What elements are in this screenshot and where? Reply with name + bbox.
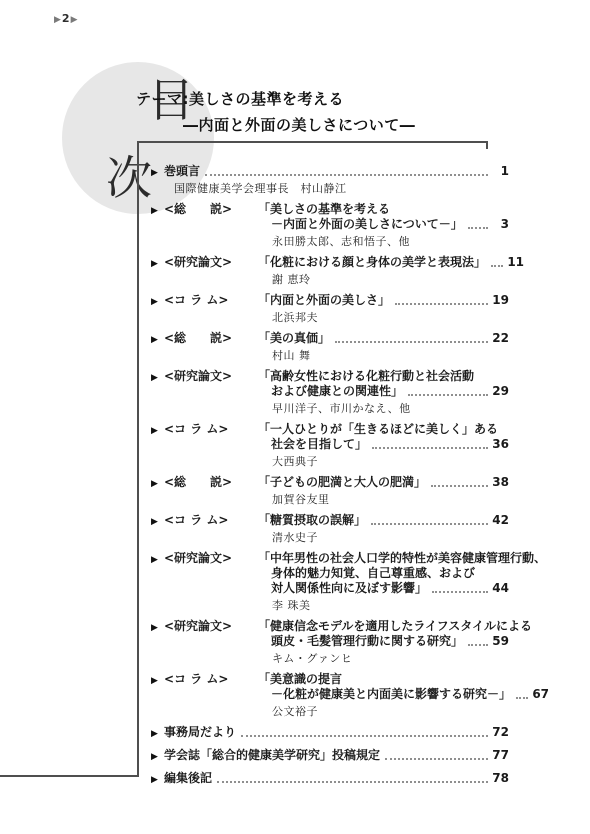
toc-entry: ▶<コ ラ ム>「一人ひとりが「生きるほどに美しく」ある社会を目指して」36大西…	[151, 422, 509, 469]
entry-page-number: 59	[491, 634, 509, 649]
entry-title-text: 社会を目指して」	[258, 437, 367, 452]
entry-title-line: 「内面と外面の美しさ」19	[258, 293, 509, 308]
entry-title-text: 巻頭言	[164, 164, 200, 179]
leader-dots	[385, 758, 488, 760]
bullet-triangle-icon: ▶	[151, 475, 164, 492]
bullet-triangle-icon: ▶	[151, 619, 164, 636]
leader-dots	[371, 523, 488, 525]
entry-title-text: 「美しさの基準を考える	[258, 202, 390, 217]
bullet-triangle-icon: ▶	[151, 293, 164, 310]
issue-theme-line1: テーマ:美しさの基準を考える	[136, 88, 415, 109]
entry-page-number: 77	[491, 748, 509, 763]
entry-page-number: 19	[491, 293, 509, 308]
leader-dots	[241, 735, 488, 737]
entry-body: 「健康信念モデルを適用したライフスタイルによる頭皮・毛髪管理行動に関する研究」5…	[258, 619, 509, 666]
bullet-triangle-icon: ▶	[151, 551, 164, 568]
entry-title-line: 「子どもの肥満と大人の肥満」38	[258, 475, 509, 490]
entry-title-line: －化粧が健康美と内面美に影響する研究－」67	[258, 687, 509, 702]
entry-title-text: 対人関係性向に及ぼす影響」	[258, 581, 427, 596]
entry-authors: 大西典子	[258, 454, 509, 469]
entry-body: 「高齢女性における化粧行動と社会活動および健康との関連性」29早川洋子、市川かな…	[258, 369, 509, 416]
entry-body: 「美の真価」22村山 舞	[258, 331, 509, 363]
bullet-triangle-icon: ▶	[151, 748, 164, 765]
entry-body: 「内面と外面の美しさ」19北浜邦夫	[258, 293, 509, 325]
toc-entry: ▶<総 説>「美しさの基準を考える－内面と外面の美しさについて－」3永田勝太郎、…	[151, 202, 509, 249]
entry-category: <総 説>	[164, 475, 258, 490]
bullet-triangle-icon: ▶	[151, 771, 164, 788]
entry-body: 「一人ひとりが「生きるほどに美しく」ある社会を目指して」36大西典子	[258, 422, 509, 469]
entry-title-line: 「美の真価」22	[258, 331, 509, 346]
toc-entry: ▶<研究論文>「中年男性の社会人口学的特性が美容健康管理行動、身体的魅力知覚、自…	[151, 551, 509, 613]
entry-title-text: －内面と外面の美しさについて－」	[258, 217, 463, 232]
entry-authors: 国際健康美学会理事長 村山静江	[164, 181, 509, 196]
entry-authors: 北浜邦夫	[258, 310, 509, 325]
entry-title-line: 学会誌「総合的健康美学研究」投稿規定77	[164, 748, 509, 763]
entry-title-text: 「化粧における顔と身体の美学と表現法」	[258, 255, 486, 270]
entry-body: 「糖質摂取の誤解」42清水史子	[258, 513, 509, 545]
entry-category: <研究論文>	[164, 619, 258, 634]
entry-title-line: 「健康信念モデルを適用したライフスタイルによる	[258, 619, 509, 634]
entry-page-number: 38	[491, 475, 509, 490]
toc-entry: ▶編集後記78	[151, 771, 509, 788]
entry-title-line: 「一人ひとりが「生きるほどに美しく」ある	[258, 422, 509, 437]
entry-body: 学会誌「総合的健康美学研究」投稿規定77	[164, 748, 509, 763]
bullet-triangle-icon: ▶	[151, 369, 164, 386]
entry-category: <コ ラ ム>	[164, 513, 258, 528]
entry-category: <総 説>	[164, 202, 258, 217]
entry-title-line: および健康との関連性」29	[258, 384, 509, 399]
entry-body: 編集後記78	[164, 771, 509, 786]
entry-page-number: 67	[531, 687, 549, 702]
toc-entry: ▶<コ ラ ム>「内面と外面の美しさ」19北浜邦夫	[151, 293, 509, 325]
entry-title-text: 「健康信念モデルを適用したライフスタイルによる	[258, 619, 532, 634]
entry-title-text: 「美意識の提言	[258, 672, 342, 687]
entry-title-text: 身体的魅力知覚、自己尊重感、および	[258, 566, 475, 581]
bullet-triangle-icon: ▶	[151, 331, 164, 348]
entry-title-line: 身体的魅力知覚、自己尊重感、および	[258, 566, 509, 581]
leader-dots	[432, 591, 488, 593]
issue-theme: テーマ:美しさの基準を考える ―内面と外面の美しさについて―	[136, 88, 415, 135]
entry-authors: 加賀谷友里	[258, 492, 509, 507]
entry-page-number: 22	[491, 331, 509, 346]
toc-entry: ▶<総 説>「子どもの肥満と大人の肥満」38加賀谷友里	[151, 475, 509, 507]
entry-title-text: 「糖質摂取の誤解」	[258, 513, 366, 528]
entry-authors: 謝 恵玲	[258, 272, 509, 287]
entry-body: 「中年男性の社会人口学的特性が美容健康管理行動、身体的魅力知覚、自己尊重感、およ…	[258, 551, 509, 613]
entry-page-number: 72	[491, 725, 509, 740]
entry-authors: 早川洋子、市川かなえ、他	[258, 401, 509, 416]
leader-dots	[395, 303, 488, 305]
entry-title-text: 「高齢女性における化粧行動と社会活動	[258, 369, 474, 384]
frame-bottom-border	[0, 775, 139, 777]
toc-entry: ▶<コ ラ ム>「糖質摂取の誤解」42清水史子	[151, 513, 509, 545]
entry-title-line: －内面と外面の美しさについて－」3	[258, 217, 509, 232]
entry-page-number: 3	[491, 217, 509, 232]
entry-authors: キム・グァンヒ	[258, 651, 509, 666]
entry-body: 「美しさの基準を考える－内面と外面の美しさについて－」3永田勝太郎、志和悟子、他	[258, 202, 509, 249]
entry-title-line: 「糖質摂取の誤解」42	[258, 513, 509, 528]
entry-page-number: 78	[491, 771, 509, 786]
entry-title-text: 頭皮・毛髪管理行動に関する研究」	[258, 634, 463, 649]
entry-title-text: 「子どもの肥満と大人の肥満」	[258, 475, 426, 490]
entry-title-line: 巻頭言1	[164, 164, 509, 179]
toc-entry: ▶<総 説>「美の真価」22村山 舞	[151, 331, 509, 363]
entry-category: <コ ラ ム>	[164, 422, 258, 437]
entry-page-number: 1	[491, 164, 509, 179]
bullet-triangle-icon: ▶	[151, 164, 164, 181]
entry-authors: 清水史子	[258, 530, 509, 545]
entry-page-number: 36	[491, 437, 509, 452]
leader-dots	[372, 447, 488, 449]
entry-title-text: 「美の真価」	[258, 331, 330, 346]
leader-dots	[217, 781, 488, 783]
entry-body: 事務局だより72	[164, 725, 509, 740]
entry-title-line: 「中年男性の社会人口学的特性が美容健康管理行動、	[258, 551, 509, 566]
entry-title-text: および健康との関連性」	[258, 384, 403, 399]
entry-body: 「子どもの肥満と大人の肥満」38加賀谷友里	[258, 475, 509, 507]
toc-entry: ▶<研究論文>「高齢女性における化粧行動と社会活動および健康との関連性」29早川…	[151, 369, 509, 416]
page-marker-left-triangle-icon: ▶	[54, 15, 62, 25]
toc-list: ▶巻頭言1国際健康美学会理事長 村山静江▶<総 説>「美しさの基準を考える－内面…	[151, 164, 509, 794]
bullet-triangle-icon: ▶	[151, 725, 164, 742]
leader-dots	[205, 174, 488, 176]
entry-category: <総 説>	[164, 331, 258, 346]
entry-title-text: 事務局だより	[164, 725, 236, 740]
toc-logo-char-bottom: 次	[106, 152, 152, 204]
entry-title-text: 「一人ひとりが「生きるほどに美しく」ある	[258, 422, 498, 437]
leader-dots	[335, 341, 488, 343]
bullet-triangle-icon: ▶	[151, 202, 164, 219]
entry-category: <コ ラ ム>	[164, 672, 258, 687]
leader-dots	[491, 265, 503, 267]
entry-title-line: 編集後記78	[164, 771, 509, 786]
entry-title-line: 「化粧における顔と身体の美学と表現法」11	[258, 255, 509, 270]
entry-body: 「化粧における顔と身体の美学と表現法」11謝 恵玲	[258, 255, 509, 287]
entry-title-line: 事務局だより72	[164, 725, 509, 740]
entry-page-number: 44	[491, 581, 509, 596]
bullet-triangle-icon: ▶	[151, 513, 164, 530]
entry-authors: 公文裕子	[258, 704, 509, 719]
entry-title-line: 頭皮・毛髪管理行動に関する研究」59	[258, 634, 509, 649]
bullet-triangle-icon: ▶	[151, 672, 164, 689]
entry-title-text: 「中年男性の社会人口学的特性が美容健康管理行動、	[258, 551, 546, 566]
entry-title-line: 社会を目指して」36	[258, 437, 509, 452]
frame-top-border	[137, 141, 488, 143]
leader-dots	[408, 394, 488, 396]
issue-theme-line2: ―内面と外面の美しさについて―	[183, 114, 415, 135]
entry-category: <コ ラ ム>	[164, 293, 258, 308]
entry-page-number: 42	[491, 513, 509, 528]
toc-entry: ▶事務局だより72	[151, 725, 509, 742]
leader-dots	[468, 644, 488, 646]
entry-title-line: 「美意識の提言	[258, 672, 509, 687]
entry-title-text: 「内面と外面の美しさ」	[258, 293, 390, 308]
toc-entry: ▶<コ ラ ム>「美意識の提言－化粧が健康美と内面美に影響する研究－」67公文裕…	[151, 672, 509, 719]
entry-page-number: 11	[506, 255, 524, 270]
entry-page-number: 29	[491, 384, 509, 399]
entry-authors: 村山 舞	[258, 348, 509, 363]
frame-right-tick	[486, 141, 488, 149]
entry-body: 「美意識の提言－化粧が健康美と内面美に影響する研究－」67公文裕子	[258, 672, 509, 719]
entry-title-line: 対人関係性向に及ぼす影響」44	[258, 581, 509, 596]
entry-title-text: －化粧が健康美と内面美に影響する研究－」	[258, 687, 511, 702]
entry-title-line: 「高齢女性における化粧行動と社会活動	[258, 369, 509, 384]
page-marker-right-triangle-icon: ▶	[71, 15, 79, 25]
entry-body: 巻頭言1国際健康美学会理事長 村山静江	[164, 164, 509, 196]
entry-category: <研究論文>	[164, 551, 258, 566]
entry-authors: 永田勝太郎、志和悟子、他	[258, 234, 509, 249]
entry-title-text: 編集後記	[164, 771, 212, 786]
page-marker: ▶2▶	[54, 12, 79, 25]
entry-authors: 李 珠美	[258, 598, 509, 613]
page-number-label: 2	[62, 12, 71, 25]
frame-left-border	[137, 141, 139, 777]
leader-dots	[431, 485, 488, 487]
bullet-triangle-icon: ▶	[151, 422, 164, 439]
toc-entry: ▶学会誌「総合的健康美学研究」投稿規定77	[151, 748, 509, 765]
entry-title-text: 学会誌「総合的健康美学研究」投稿規定	[164, 748, 380, 763]
leader-dots	[468, 227, 488, 229]
entry-category: <研究論文>	[164, 255, 258, 270]
bullet-triangle-icon: ▶	[151, 255, 164, 272]
toc-entry: ▶<研究論文>「健康信念モデルを適用したライフスタイルによる頭皮・毛髪管理行動に…	[151, 619, 509, 666]
entry-category: <研究論文>	[164, 369, 258, 384]
toc-entry: ▶巻頭言1国際健康美学会理事長 村山静江	[151, 164, 509, 196]
leader-dots	[516, 697, 528, 699]
toc-entry: ▶<研究論文>「化粧における顔と身体の美学と表現法」11謝 恵玲	[151, 255, 509, 287]
entry-title-line: 「美しさの基準を考える	[258, 202, 509, 217]
